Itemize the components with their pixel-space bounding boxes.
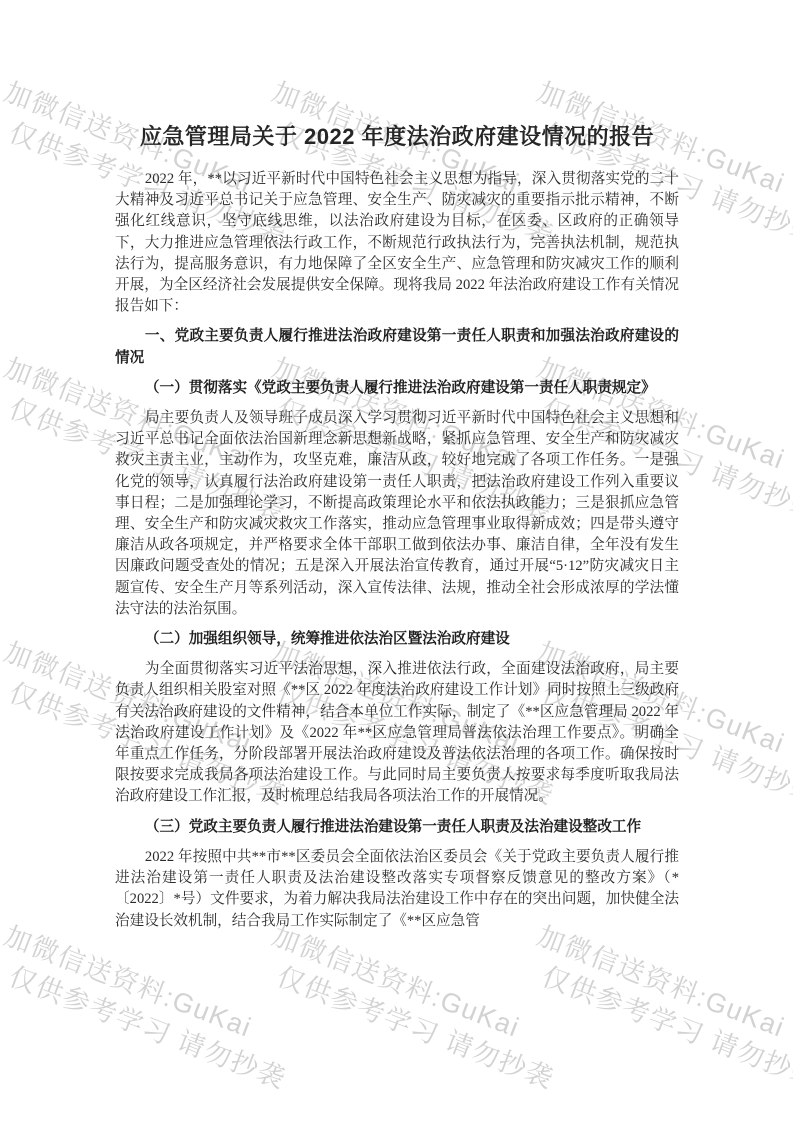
watermark-line2: 仅供参考学习 请勿抄袭 [254, 952, 559, 1098]
watermark-line2: 仅供参考学习 请勿抄袭 [0, 952, 291, 1098]
section-heading: 一、党政主要负责人履行推进法治政府建设第一责任人职责和加强法治政府建设的情况 [115, 326, 679, 368]
paragraph: 局主要负责人及领导班子成员深入学习贯彻习近平新时代中国特色社会主义思想和习近平总… [115, 408, 679, 620]
watermark-tile: 加微信送资料:GuKai仅供参考学习 请勿抄袭 [0, 918, 304, 1097]
document-title: 应急管理局关于 2022 年度法治政府建设情况的报告 [115, 121, 679, 152]
watermark-tile: 加微信送资料:GuKai仅供参考学习 请勿抄袭 [519, 918, 793, 1097]
paragraph: 2022 年按照中共**市**区委员会全面依法治区委员会《关于党政主要负责人履行… [115, 847, 679, 932]
watermark-line2: 仅供参考学习 请勿抄袭 [519, 952, 793, 1098]
paragraph: 为全面贯彻落实习近平法治思想，深入推进依法行政，全面建设法治政府，局主要负责人组… [115, 659, 679, 807]
section-heading: （三）党政主要负责人履行推进法治建设第一责任人职责及法治建设整改工作 [115, 817, 679, 838]
section-heading: （二）加强组织领导，统筹推进依法治区暨法治政府建设 [115, 629, 679, 650]
document-body: 2022 年，**以习近平新时代中国特色社会主义思想为指导，深入贯彻落实党的二十… [115, 169, 679, 932]
document-page: 加微信送资料:GuKai仅供参考学习 请勿抄袭加微信送资料:GuKai仅供参考学… [0, 0, 793, 1122]
paragraph: 2022 年，**以习近平新时代中国特色社会主义思想为指导，深入贯彻落实党的二十… [115, 169, 679, 317]
section-heading: （一）贯彻落实《党政主要负责人履行推进法治政府建设第一责任人职责规定》 [115, 378, 679, 399]
watermark-tile: 加微信送资料:GuKai仅供参考学习 请勿抄袭 [254, 918, 572, 1097]
document-content: 应急管理局关于 2022 年度法治政府建设情况的报告 2022 年，**以习近平… [115, 121, 679, 941]
